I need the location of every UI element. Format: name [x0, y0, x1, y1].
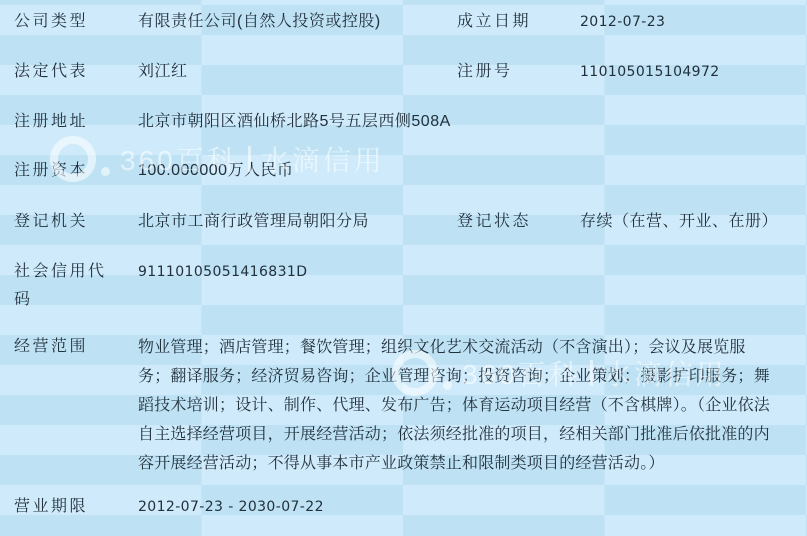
- field-value-registered-capital: 100.000000万人民币: [138, 157, 776, 185]
- field-value-registered-address: 北京市朝阳区酒仙桥北路5号五层西侧508A: [138, 108, 776, 136]
- field-value-business-scope: 物业管理；酒店管理；餐饮管理；组织文化艺术交流活动（不含演出）；会议及展览服务；…: [138, 333, 776, 478]
- field-value-business-term: 2012-07-23 - 2030-07-22: [138, 493, 776, 521]
- field-value-registration-status: 存续（在营、开业、在册）: [580, 208, 805, 236]
- field-value-registration-number: 110105015104972: [580, 58, 805, 86]
- field-label-registration-authority: 登记机关: [14, 208, 118, 236]
- company-registration-info-table: 公司类型 有限责任公司(自然人投资或控股) 成立日期 2012-07-23 法定…: [0, 0, 807, 536]
- field-label-registered-address: 注册地址: [14, 108, 118, 136]
- field-value-established-date: 2012-07-23: [580, 8, 805, 36]
- field-label-registration-status: 登记状态: [457, 208, 572, 236]
- field-label-company-type: 公司类型: [14, 8, 118, 36]
- field-label-business-scope: 经营范围: [14, 333, 118, 361]
- field-label-legal-representative: 法定代表: [14, 58, 118, 86]
- field-value-social-credit-code: 91110105051416831D: [138, 258, 776, 286]
- field-label-registration-number: 注册号: [457, 58, 572, 86]
- field-label-social-credit-code: 社会信用代码: [14, 258, 118, 314]
- field-label-registered-capital: 注册资本: [14, 157, 118, 185]
- field-label-business-term: 营业期限: [14, 493, 118, 521]
- field-label-established-date: 成立日期: [457, 8, 572, 36]
